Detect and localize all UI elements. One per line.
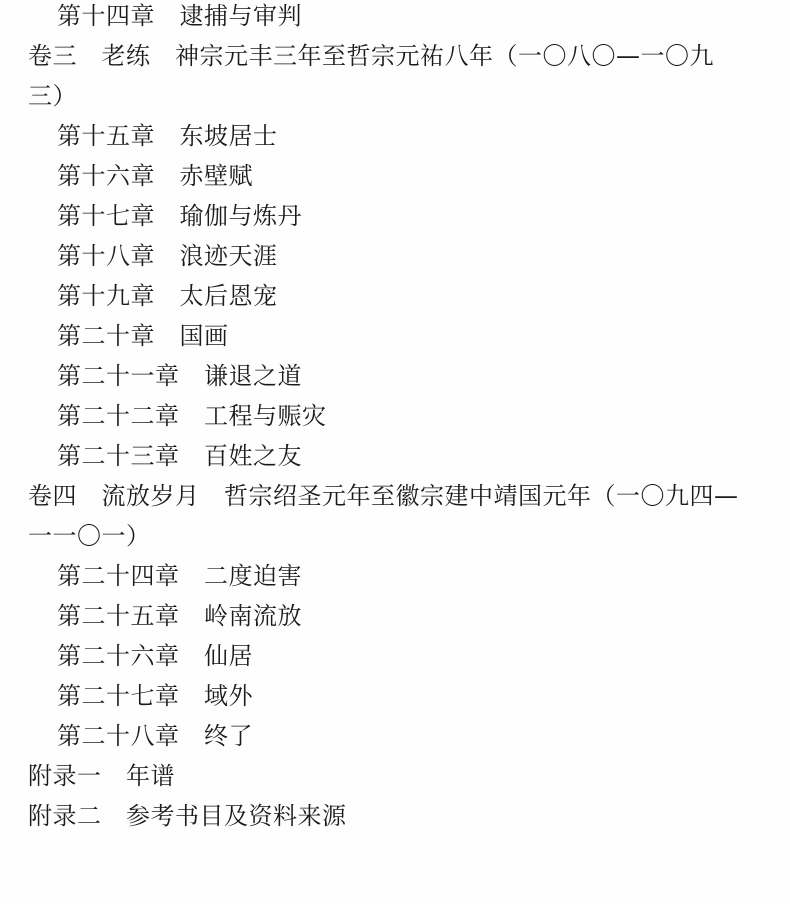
toc-entry-chapter-16: 第十六章 赤壁赋 [28,156,762,196]
toc-entry-volume-4-cont: 一一〇一） [28,516,762,556]
toc-entry-chapter-26: 第二十六章 仙居 [28,636,762,676]
toc-entry-chapter-27: 第二十七章 域外 [28,676,762,716]
toc-entry-chapter-25: 第二十五章 岭南流放 [28,596,762,636]
toc-entry-chapter-18: 第十八章 浪迹天涯 [28,236,762,276]
toc-entry-chapter-28: 第二十八章 终了 [28,716,762,756]
toc-entry-chapter-24: 第二十四章 二度迫害 [28,556,762,596]
toc-entry-chapter-15: 第十五章 东坡居士 [28,116,762,156]
toc-entry-chapter-17: 第十七章 瑜伽与炼丹 [28,196,762,236]
toc-entry-volume-4: 卷四 流放岁月 哲宗绍圣元年至徽宗建中靖国元年（一〇九四— [28,476,762,516]
toc-page: 第十四章 逮捕与审判 卷三 老练 神宗元丰三年至哲宗元祐八年（一〇八〇—一〇九 … [0,0,790,900]
toc-entry-volume-3-cont: 三） [28,76,762,116]
toc-entry-chapter-19: 第十九章 太后恩宠 [28,276,762,316]
toc-entry-chapter-23: 第二十三章 百姓之友 [28,436,762,476]
toc-entry-chapter-14: 第十四章 逮捕与审判 [28,0,762,36]
toc-entry-chapter-21: 第二十一章 谦退之道 [28,356,762,396]
toc-entry-appendix-1: 附录一 年谱 [28,756,762,796]
toc-entry-chapter-20: 第二十章 国画 [28,316,762,356]
toc-entry-appendix-2: 附录二 参考书目及资料来源 [28,796,762,836]
toc-entry-volume-3: 卷三 老练 神宗元丰三年至哲宗元祐八年（一〇八〇—一〇九 [28,36,762,76]
toc-entry-chapter-22: 第二十二章 工程与赈灾 [28,396,762,436]
